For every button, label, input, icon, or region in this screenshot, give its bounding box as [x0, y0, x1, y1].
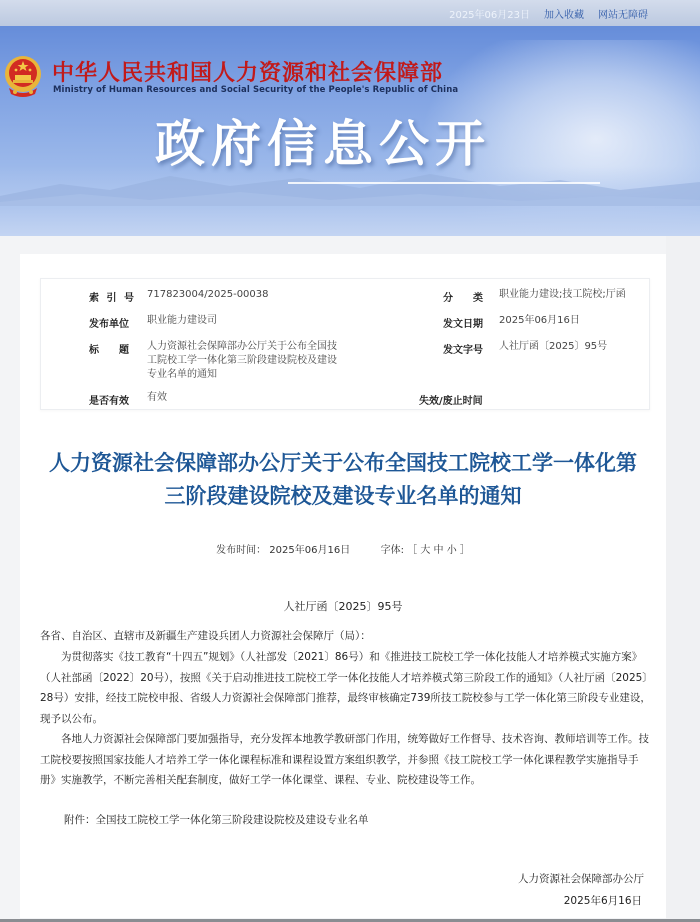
top-utility-bar: 2025年06月23日 加入收藏 网站无障碍 [0, 0, 700, 26]
index-no-label: 索 引 号 [89, 289, 136, 304]
current-date: 2025年06月23日 [449, 6, 530, 21]
title-underline [288, 182, 600, 184]
validity-value: 有效 [147, 391, 167, 405]
font-size-label: 字体: [381, 545, 404, 556]
right-gutter [666, 236, 700, 922]
publish-label: 发布时间： [216, 545, 266, 556]
article-title: 人力资源社会保障部办公厅关于公布全国技工院校工学一体化第三阶段建设院校及建设专业… [20, 447, 666, 513]
category-label: 分 类 [443, 289, 483, 304]
publisher-value: 职业能力建设司 [147, 314, 217, 328]
expiry-label: 失效/废止时间 [419, 392, 483, 407]
body-paragraph-1: 为贯彻落实《技工教育“十四五”规划》（人社部发〔2021〕86号）和《推进技工院… [40, 647, 654, 729]
accessibility-link[interactable]: 网站无障碍 [598, 6, 648, 21]
font-bracket-open: ［ [407, 545, 417, 556]
title-value: 人力资源社会保障部办公厅关于公布全国技工院校工学一体化第三阶段建设院校及建设专业… [147, 340, 337, 382]
addressee: 各省、自治区、直辖市及新疆生产建设兵团人力资源社会保障厅（局）： [40, 626, 654, 647]
page: 2025年06月23日 加入收藏 网站无障碍 中华人民共和国人力资源和社会保障部… [0, 0, 700, 922]
publisher-label: 发布单位 [89, 315, 129, 330]
doc-no-value: 人社厅函〔2025〕95号 [499, 340, 607, 354]
title-label: 标 题 [89, 341, 129, 356]
publish-info: 发布时间： 2025年06月16日 字体: ［ 大 中 小 ］ [20, 541, 666, 556]
national-emblem-icon [3, 54, 43, 100]
section-title: 政府信息公开 [155, 104, 491, 176]
document-number: 人社厅函〔2025〕95号 [20, 598, 666, 614]
category-value: 职业能力建设;技工院校;厅函 [499, 288, 626, 302]
validity-label: 是否有效 [89, 392, 129, 407]
font-bracket-close: ］ [460, 545, 470, 556]
content-area: 索 引 号 717823004/2025-00038 发布单位 职业能力建设司 … [20, 254, 666, 918]
article-title-text: 人力资源社会保障部办公厅关于公布全国技工院校工学一体化第三阶段建设院校及建设专业… [43, 447, 643, 513]
ministry-name-chinese: 中华人民共和国人力资源和社会保障部 [52, 56, 443, 87]
publish-date: 2025年06月16日 [269, 545, 350, 556]
add-favorite-link[interactable]: 加入收藏 [544, 6, 584, 21]
signature-date: 2025年6月16日 [564, 893, 642, 908]
header-banner: 2025年06月23日 加入收藏 网站无障碍 中华人民共和国人力资源和社会保障部… [0, 0, 700, 236]
issue-date-label: 发文日期 [443, 315, 483, 330]
font-size-small[interactable]: 小 [447, 545, 457, 556]
issue-date-value: 2025年06月16日 [499, 314, 580, 328]
doc-no-label: 发文字号 [443, 341, 483, 356]
metadata-card: 索 引 号 717823004/2025-00038 发布单位 职业能力建设司 … [40, 278, 650, 410]
font-size-large[interactable]: 大 [420, 545, 430, 556]
attachment-link[interactable]: 附件：全国技工院校工学一体化第三阶段建设院校及建设专业名单 [64, 812, 369, 827]
ministry-name-english: Ministry of Human Resources and Social S… [53, 85, 458, 95]
signature-organization: 人力资源社会保障部办公厅 [518, 871, 644, 886]
index-no-value: 717823004/2025-00038 [147, 288, 269, 302]
font-size-medium[interactable]: 中 [434, 545, 444, 556]
body-paragraph-2: 各地人力资源社会保障部门要加强指导，充分发挥本地教学教研部门作用，统筹做好工作督… [40, 729, 654, 791]
